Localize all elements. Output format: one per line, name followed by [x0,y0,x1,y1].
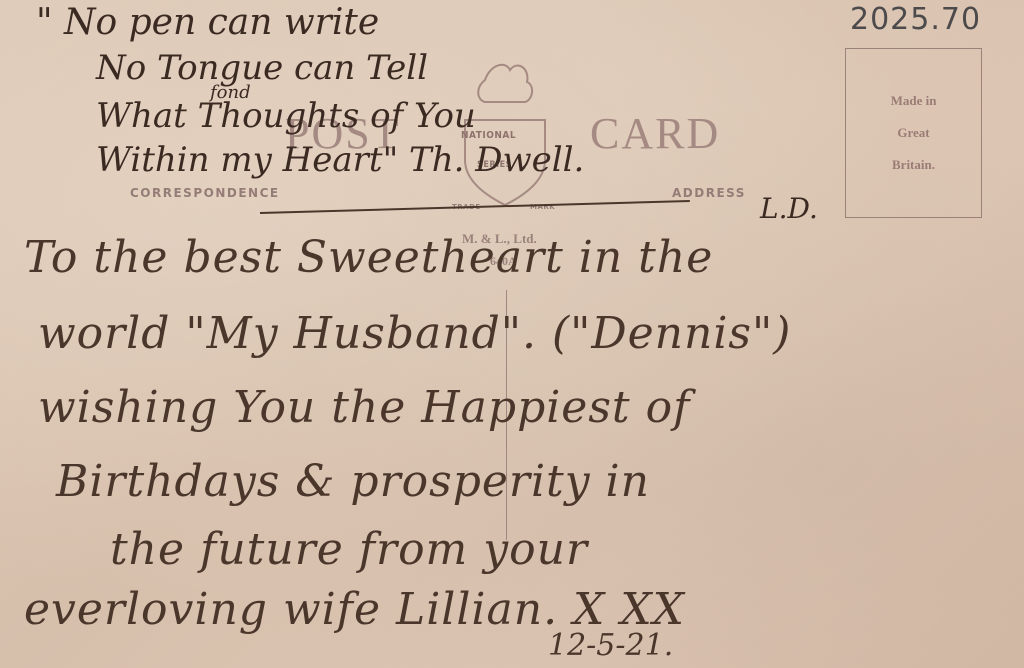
quote-line-1: " No pen can write [36,2,379,43]
stamp-text-great: Great [846,125,981,141]
quote-line-4: Within my Heart" Th. Dwell. [96,140,584,180]
printed-title-card: CARD [590,108,720,159]
stamp-text-made-in: Made in [846,93,981,109]
catalog-number: 2025.70 [850,2,981,37]
quote-line-3: What Thoughts of You [96,96,476,136]
message-line-4: Birthdays & prosperity in [56,456,650,507]
correspondence-label: CORRESPONDENCE [130,186,280,200]
address-label: ADDRESS [672,186,746,200]
message-line-3: wishing You the Happiest of [38,382,690,433]
stamp-text-britain: Britain. [846,157,981,173]
message-line-2: world "My Husband". ("Dennis") [38,308,791,359]
message-line-5: the future from your [110,524,588,575]
postcard-back: 2025.70 POST CARD NATIONAL SERIES TRADE … [0,0,1024,668]
message-date: 12-5-21. [548,628,673,663]
message-line-1: To the best Sweetheart in the [24,232,713,283]
quote-line-2: No Tongue can Tell [96,48,428,88]
stamp-box: Made in Great Britain. [845,48,982,218]
quote-initials: L.D. [760,192,818,225]
